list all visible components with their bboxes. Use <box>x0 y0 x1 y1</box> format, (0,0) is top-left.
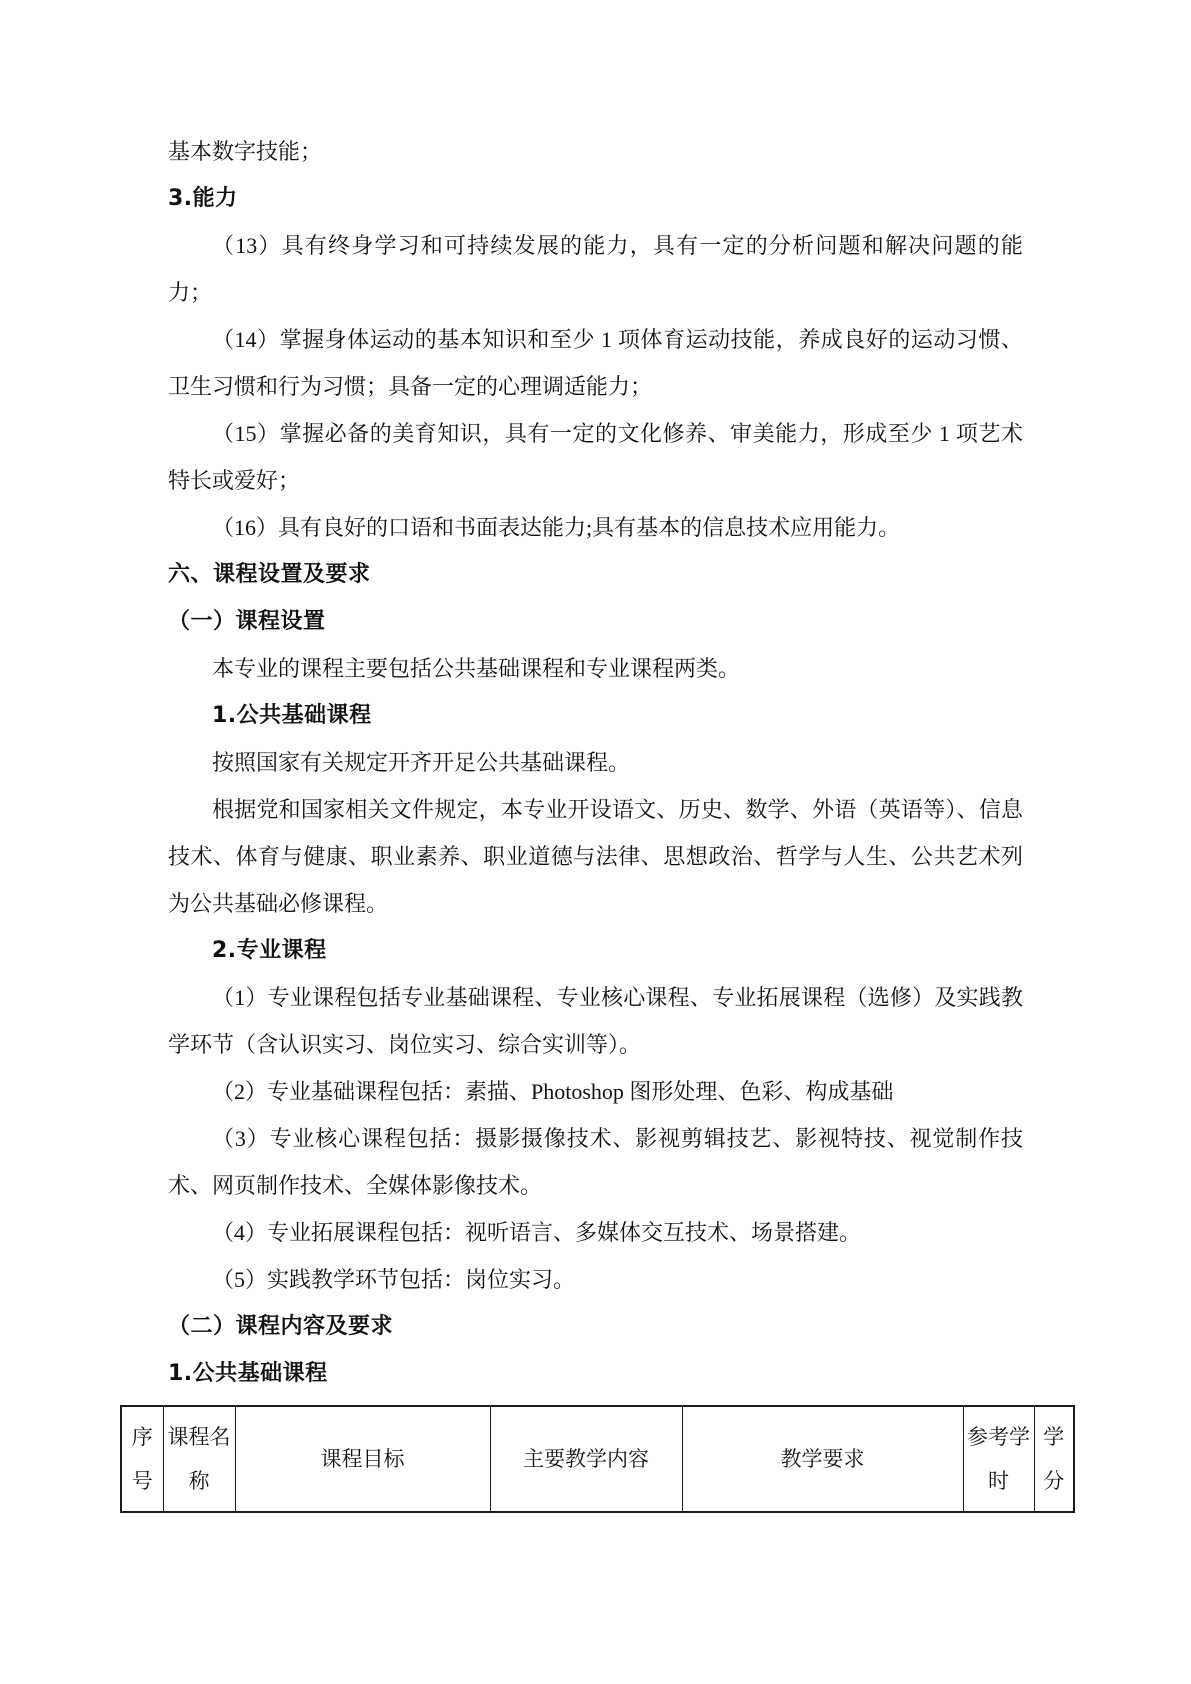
heading-public-basic-courses: 1.公共基础课程 <box>168 692 1023 739</box>
paragraph-item-1-professional-courses: （1）专业课程包括专业基础课程、专业核心课程、专业拓展课程（选修）及实践教学环节… <box>168 974 1023 1068</box>
table-header-cell-main-teaching-content: 主要教学内容 <box>490 1406 682 1512</box>
paragraph-item-16: （16）具有良好的口语和书面表达能力;具有基本的信息技术应用能力。 <box>168 504 1023 551</box>
document-page: 基本数字技能； 3.能力 （13）具有终身学习和可持续发展的能力，具有一定的分析… <box>0 0 1191 1684</box>
course-table: 序号 课程名称 课程目标 主要教学内容 教学要求 参考学时 学分 <box>120 1405 1075 1513</box>
paragraph-national-regulation: 按照国家有关规定开齐开足公共基础课程。 <box>168 739 1023 786</box>
heading-public-basic-courses-table: 1.公共基础课程 <box>168 1350 1023 1397</box>
paragraph-item-2-basic-courses: （2）专业基础课程包括：素描、Photoshop 图形处理、色彩、构成基础 <box>168 1068 1023 1115</box>
paragraph-item-3-core-courses: （3）专业核心课程包括：摄影摄像技术、影视剪辑技艺、影视特技、视觉制作技术、网页… <box>168 1115 1023 1209</box>
table-header-cell-teaching-requirements: 教学要求 <box>682 1406 963 1512</box>
paragraph-item-13: （13）具有终身学习和可持续发展的能力，具有一定的分析问题和解决问题的能力； <box>168 222 1023 316</box>
paragraph-item-15: （15）掌握必备的美育知识，具有一定的文化修养、审美能力，形成至少 1 项艺术特… <box>168 410 1023 504</box>
table-header-cell-reference-hours: 参考学时 <box>963 1406 1034 1512</box>
table-header-cell-credits: 学分 <box>1034 1406 1074 1512</box>
table-header-cell-serial-number: 序号 <box>121 1406 163 1512</box>
paragraph-item-5-practice-teaching: （5）实践教学环节包括：岗位实习。 <box>168 1256 1023 1303</box>
paragraph-course-overview: 本专业的课程主要包括公共基础课程和专业课程两类。 <box>168 645 1023 692</box>
paragraph-item-4-extension-courses: （4）专业拓展课程包括：视听语言、多媒体交互技术、场景搭建。 <box>168 1209 1023 1256</box>
table-header-cell-course-name: 课程名称 <box>163 1406 235 1512</box>
paragraph-item-14: （14）掌握身体运动的基本知识和至少 1 项体育运动技能，养成良好的运动习惯、卫… <box>168 316 1023 410</box>
paragraph-basic-digital-skills: 基本数字技能； <box>168 128 1023 175</box>
heading-3-ability: 3.能力 <box>168 175 1023 222</box>
heading-professional-courses: 2.专业课程 <box>168 927 1023 974</box>
table-header-row: 序号 课程名称 课程目标 主要教学内容 教学要求 参考学时 学分 <box>121 1406 1074 1512</box>
paragraph-required-public-courses: 根据党和国家相关文件规定，本专业开设语文、历史、数学、外语（英语等）、信息技术、… <box>168 786 1023 927</box>
heading-six-course-setup-requirements: 六、课程设置及要求 <box>168 551 1023 598</box>
heading-one-course-setup: （一）课程设置 <box>168 598 1023 645</box>
table-header-cell-course-goal: 课程目标 <box>235 1406 490 1512</box>
heading-two-course-content-requirements: （二）课程内容及要求 <box>168 1303 1023 1350</box>
